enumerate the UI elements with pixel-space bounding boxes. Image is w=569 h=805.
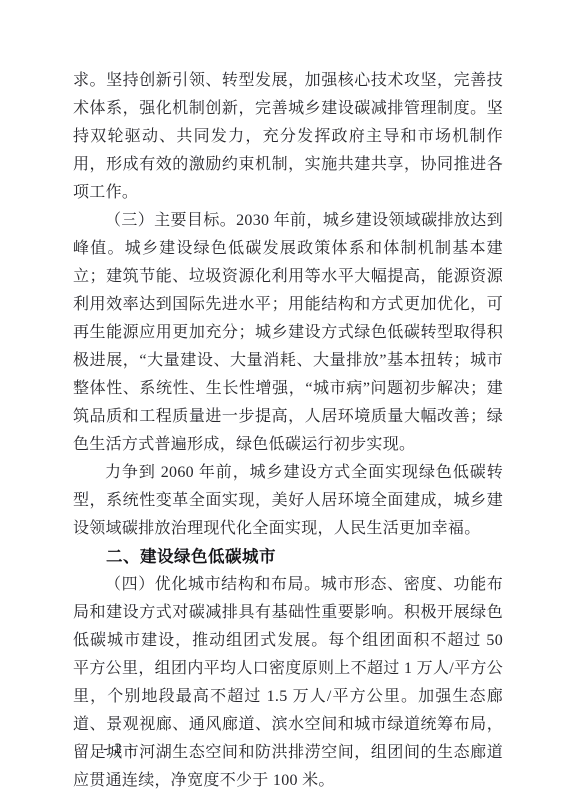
section-heading-green-low-carbon-city: 二、建设绿色低碳城市 xyxy=(73,543,503,571)
page-number: - 2 - xyxy=(103,740,135,758)
paragraph-main-goals: （三）主要目标。2030 年前，城乡建设领域碳排放达到峰值。城乡建设绿色低碳发展… xyxy=(73,207,503,459)
document-page: 求。坚持创新引领、转型发展，加强核心技术攻坚，完善技术体系，强化机制创新，完善城… xyxy=(0,0,569,805)
paragraph-optimize-city-structure: （四）优化城市结构和布局。城市形态、密度、功能布局和建设方式对碳减排具有基础性重… xyxy=(73,571,503,795)
paragraph-2060-goals: 力争到 2060 年前，城乡建设方式全面实现绿色低碳转型，系统性变革全面实现，美… xyxy=(73,459,503,543)
document-body: 求。坚持创新引领、转型发展，加强核心技术攻坚，完善技术体系，强化机制创新，完善城… xyxy=(73,67,503,795)
paragraph-continuation: 求。坚持创新引领、转型发展，加强核心技术攻坚，完善技术体系，强化机制创新，完善城… xyxy=(73,67,503,207)
